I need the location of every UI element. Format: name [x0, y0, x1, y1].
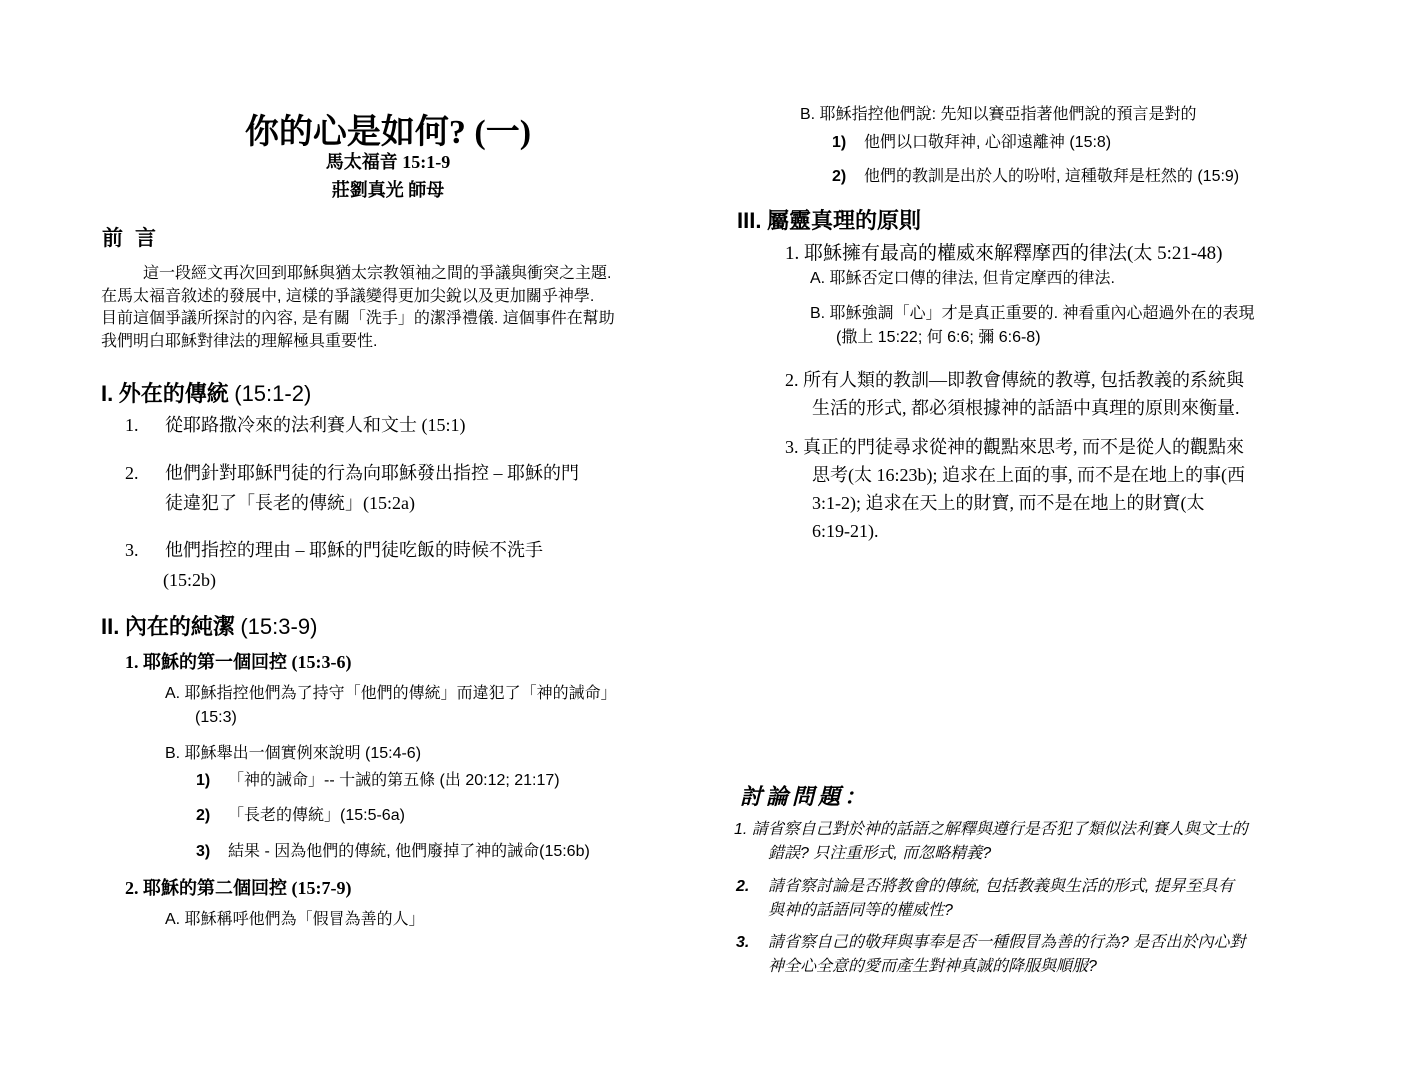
- item-text: 結果 - 因為他們的傳統, 他們廢掉了神的誡命(15:6b): [228, 843, 590, 860]
- section-2-sub-1-B-3: 3)結果 - 因為他們的傳統, 他們廢掉了神的誡命(15:6b): [196, 838, 590, 861]
- item-text: 「長老的傳統」(15:5-6a): [228, 807, 405, 824]
- question-number: 3.: [736, 931, 768, 955]
- preface-line: 我們明白耶穌對律法的理解極具重要性.: [101, 331, 681, 354]
- item-number: 1): [196, 772, 228, 790]
- item-number: 3.: [125, 535, 165, 565]
- section-title: 屬靈真理的原則: [767, 208, 921, 233]
- section-title: 外在的傳統: [119, 381, 229, 406]
- question-text: 錯誤? 只注重形式, 而忽略精義?: [734, 842, 1248, 866]
- question-number: 1.: [734, 821, 747, 838]
- discussion-question-2: 2.請省察討論是否將教會的傳統, 包括教義與生活的形式, 提昇至具有 與神的話語…: [736, 875, 1234, 923]
- item-text: 他們的教訓是出於人的吩咐, 這種敬拜是枉然的 (15:9): [864, 168, 1239, 185]
- item-number: 1.: [125, 410, 165, 440]
- preface-line: 這一段經文再次回到耶穌與猶太宗教領袖之間的爭議與衝突之主題.: [143, 265, 611, 282]
- item-text: 生活的形式, 都必須根據神的話語中真理的原則來衡量.: [785, 394, 1244, 422]
- page-title: 你的心是如何? (一): [0, 104, 776, 153]
- scripture-reference: 馬太福音 15:1-9: [0, 148, 776, 174]
- item-text: 他們針對耶穌門徒的行為向耶穌發出指控 – 耶穌的門: [165, 463, 579, 483]
- item-number: 2.: [125, 458, 165, 488]
- section-3-item-1-A: A. 耶穌否定口傳的律法, 但肯定摩西的律法.: [810, 265, 1115, 288]
- section-3-item-2: 2. 所有人類的教訓—即教會傳統的教導, 包括教義的系統與 生活的形式, 都必須…: [785, 366, 1244, 422]
- preface-line: 目前這個爭議所探討的內容, 是有關「洗手」的潔淨禮儀. 這個事件在幫助: [101, 308, 681, 331]
- section-numeral: I.: [101, 381, 113, 406]
- section-1-heading: I. 外在的傳統 (15:1-2): [101, 377, 311, 408]
- section-2-sub-2-B-2: 2)他們的教訓是出於人的吩咐, 這種敬拜是枉然的 (15:9): [832, 163, 1239, 186]
- section-2-heading: II. 內在的純潔 (15:3-9): [101, 610, 317, 641]
- item-text: 3:1-2); 追求在天上的財寶, 而不是在地上的財寶(太: [785, 489, 1245, 517]
- item-text: 6:19-21).: [785, 517, 1245, 545]
- section-2-sub-1-B-1: 1)「神的誡命」-- 十誡的第五條 (出 20:12; 21:17): [196, 767, 560, 790]
- item-number: 1): [832, 134, 864, 152]
- section-1-item-1: 1.從耶路撒冷來的法利賽人和文士 (15:1): [125, 410, 466, 440]
- item-text: 3. 真正的門徒尋求從神的觀點來思考, 而不是從人的觀點來: [785, 433, 1245, 461]
- section-2-sub-2-B-1: 1)他們以口敬拜神, 心卻遠離神 (15:8): [832, 129, 1111, 152]
- section-2-sub-2: 2. 耶穌的第二個回控 (15:7-9): [125, 874, 351, 900]
- author: 莊劉真光 師母: [0, 176, 776, 202]
- section-2-sub-1-B: B. 耶穌舉出一個實例來說明 (15:4-6): [165, 740, 421, 763]
- section-title: 內在的純潔: [125, 614, 235, 639]
- section-numeral: III.: [737, 208, 761, 233]
- section-2-sub-1-B-2: 2)「長老的傳統」(15:5-6a): [196, 802, 405, 825]
- item-text: 他們指控的理由 – 耶穌的門徒吃飯的時候不洗手: [165, 540, 543, 560]
- item-text: A. 耶穌指控他們為了持守「他們的傳統」而違犯了「神的誡命」: [165, 682, 617, 706]
- item-text: (15:2b): [125, 565, 543, 595]
- question-number: 2.: [736, 875, 768, 899]
- section-ref: (15:3-9): [240, 614, 317, 639]
- item-text: 2. 所有人類的教訓—即教會傳統的教導, 包括教義的系統與: [785, 366, 1244, 394]
- item-text: 思考(太 16:23b); 追求在上面的事, 而不是在地上的事(西: [785, 461, 1245, 489]
- item-text: 「神的誡命」-- 十誡的第五條 (出 20:12; 21:17): [228, 772, 560, 789]
- question-text: 請省察討論是否將教會的傳統, 包括教義與生活的形式, 提昇至具有: [768, 878, 1234, 895]
- preface-heading: 前言: [102, 222, 168, 252]
- discussion-question-3: 3.請省察自己的敬拜與事奉是否一種假冒為善的行為? 是否出於內心對 神全心全意的…: [736, 931, 1245, 979]
- section-ref: (15:1-2): [234, 381, 311, 406]
- section-3-item-3: 3. 真正的門徒尋求從神的觀點來思考, 而不是從人的觀點來 思考(太 16:23…: [785, 433, 1245, 545]
- question-text: 與神的話語同等的權威性?: [736, 899, 1234, 923]
- item-text: 徒違犯了「長老的傳統」(15:2a): [125, 488, 579, 518]
- section-1-item-3: 3.他們指控的理由 – 耶穌的門徒吃飯的時候不洗手 (15:2b): [125, 535, 543, 595]
- item-number: 3): [196, 843, 228, 861]
- section-2-sub-2-A: A. 耶穌稱呼他們為「假冒為善的人」: [165, 906, 425, 929]
- item-number: 2): [196, 807, 228, 825]
- preface-paragraph: 這一段經文再次回到耶穌與猶太宗教領袖之間的爭議與衝突之主題. 在馬太福音敘述的發…: [101, 263, 681, 353]
- question-text: 請省察自己對於神的話語之解釋與遵行是否犯了類似法利賽人與文士的: [752, 821, 1248, 838]
- section-3-item-1: 1. 耶穌擁有最高的權威來解釋摩西的律法(太 5:21-48): [785, 238, 1223, 265]
- question-text: 請省察自己的敬拜與事奉是否一種假冒為善的行為? 是否出於內心對: [768, 934, 1245, 951]
- section-1-item-2: 2.他們針對耶穌門徒的行為向耶穌發出指控 – 耶穌的門 徒違犯了「長老的傳統」(…: [125, 458, 579, 518]
- item-text: B. 耶穌強調「心」才是真正重要的. 神看重內心超過外在的表現: [810, 302, 1254, 326]
- section-3-item-1-B: B. 耶穌強調「心」才是真正重要的. 神看重內心超過外在的表現 (撒上 15:2…: [810, 302, 1254, 350]
- question-text: 神全心全意的愛而產生對神真誠的降服與順服?: [736, 955, 1245, 979]
- item-text: (15:3): [165, 706, 617, 730]
- section-2-sub-2-B: B. 耶穌指控他們說: 先知以賽亞指著他們說的預言是對的: [800, 101, 1196, 124]
- section-numeral: II.: [101, 614, 119, 639]
- item-number: 2): [832, 168, 864, 186]
- section-2-sub-1: 1. 耶穌的第一個回控 (15:3-6): [125, 648, 351, 674]
- section-3-heading: III. 屬靈真理的原則: [737, 204, 921, 235]
- discussion-question-1: 1. 請省察自己對於神的話語之解釋與遵行是否犯了類似法利賽人與文士的 錯誤? 只…: [734, 818, 1248, 866]
- item-text: (撒上 15:22; 何 6:6; 彌 6:6-8): [810, 326, 1254, 350]
- discussion-heading: 討論問題：: [740, 780, 870, 811]
- section-2-sub-1-A: A. 耶穌指控他們為了持守「他們的傳統」而違犯了「神的誡命」 (15:3): [165, 682, 617, 730]
- preface-line: 在馬太福音敘述的發展中, 這樣的爭議變得更加尖銳以及更加關乎神學.: [101, 286, 681, 309]
- item-text: 從耶路撒冷來的法利賽人和文士 (15:1): [165, 415, 466, 435]
- item-text: 他們以口敬拜神, 心卻遠離神 (15:8): [864, 134, 1111, 151]
